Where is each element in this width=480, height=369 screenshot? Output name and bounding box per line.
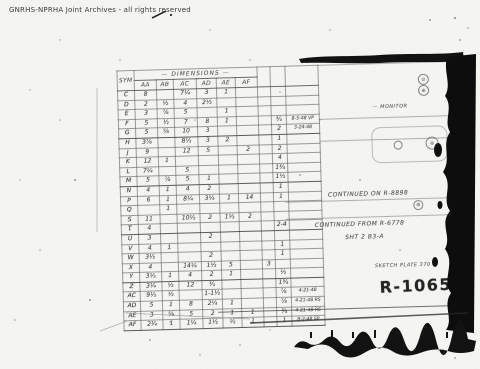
dimension-cell [199,165,219,175]
dimension-cell [159,166,176,176]
dimension-cell [260,173,273,183]
dimension-cell: 1 [273,192,288,202]
dimension-cell: 1¼ [180,319,203,329]
row-symbol-cell: T [121,225,138,235]
date-column-header [285,65,319,86]
row-symbol-cell: S [121,215,138,225]
dimension-cell: 1 [161,243,178,253]
dimension-cell: 1 [242,317,264,327]
row-symbol-cell: AF [124,321,141,331]
dimension-cell [263,278,276,288]
row-symbol-cell: D [118,100,135,110]
dimension-cell [261,221,274,231]
column-header: AE [216,78,235,89]
dimension-cell [263,288,276,298]
annotation-continued-from: CONTINUED FROM R-6778 [315,219,405,228]
rivet-circle-mark: ⊘ [418,74,429,85]
dimension-cell: 2½ [197,98,217,108]
dimension-cell [261,202,274,212]
dimension-cell: 2¼ [141,320,163,330]
dimension-cell: 1½ [201,261,221,271]
column-header: AC [173,79,196,90]
dimension-cell [274,230,289,240]
dimension-cell [275,259,290,269]
dimension-cell: 1 [275,249,290,259]
dimension-cell: 2 [201,251,221,261]
archive-watermark: GNRHS-NPRHA Joint Archives - all rights … [9,6,191,14]
row-symbol-cell: Z [123,282,140,292]
scan-sheet: SYM DIMENSIONS AAABACADAEAF C87¼31D2½42½… [81,47,474,346]
dimension-cell [200,222,220,232]
row-symbol-cell: H [119,138,136,148]
dimension-cell [274,201,289,211]
scanned-document-page: GNRHS-NPRHA Joint Archives - all rights … [0,0,480,369]
dimension-cell: 2¼ [202,299,222,309]
dimension-cell: 3 [198,127,218,137]
dimension-cell: 8 [197,117,217,127]
dimension-cell [198,155,218,165]
dimension-cell [259,144,272,154]
dimension-cell [158,137,175,147]
dimension-cell [221,251,240,261]
dimension-cell: 1 [159,195,176,205]
dimension-cell: 3 [198,136,218,146]
dimension-cell: 1 [222,270,241,280]
dimension-cell: ½ [162,281,179,291]
column-header: AD [196,78,216,89]
dimension-cell: 1½ [273,173,288,183]
dimension-cell: 2 [203,309,223,319]
dimension-cell [258,115,271,125]
dimension-cell: 4 [272,153,287,163]
dimension-cell [271,105,286,115]
dimension-cell: 1 [223,308,242,318]
monitor-label: MONITOR [380,103,408,110]
dimension-cell: 1 [158,156,175,166]
dimension-cell: 1¾ [276,278,291,288]
dimension-cell [220,231,239,241]
row-symbol-cell: V [122,244,139,254]
rivet-circle-mark: ⊕ [418,85,429,96]
row-symbol-cell: P [120,196,137,206]
row-symbol-cell: Y [123,273,140,283]
date-cell: 4-21-48 RS [291,296,324,307]
dimension-cell: 5 [221,260,240,270]
dimension-cell: 1 [217,107,236,117]
dimension-cell: 1 [160,204,177,214]
annotation-sheet-ref: SHT 2 B3-A [345,233,384,241]
dimension-cell: 2 [272,144,287,154]
pencil-line [317,61,467,66]
rivet-circle-mark: ⊕ [413,200,423,210]
dimension-cell [201,242,221,252]
dimension-cell: 3 [262,259,275,269]
row-symbol-cell: AE [124,311,141,321]
dimension-cell [259,154,272,164]
dimension-cell [262,250,275,260]
dimension-cell: 5 [198,146,218,156]
dimension-cell: 1 [159,185,176,195]
dimension-cell [257,87,270,97]
dimension-cell: 2-4 [274,220,289,230]
column-header: AA [134,80,156,91]
sym-header: SYM [117,70,135,90]
dimension-cell [160,214,177,224]
row-symbol-cell: J [119,148,136,158]
dimension-cell: 1½ [220,212,239,222]
dimension-cell: 2 [199,184,219,194]
dimension-cell: 1-1½ [202,290,222,300]
dimension-cell: 2 [200,232,220,242]
dimension-cell [200,203,220,213]
dimension-cell [260,192,273,202]
row-symbol-cell: Q [121,206,138,216]
dimension-cell [260,163,273,173]
row-symbol-cell: W [122,253,139,263]
dimension-cell [219,164,238,174]
dimension-cell [158,147,175,157]
dimension-cell: 1 [272,134,287,144]
dimension-cell [222,279,241,289]
dimension-cell [258,96,271,106]
annotation-continued-on: CONTINUED ON R-8898 [328,189,408,198]
dimension-cell [219,184,238,194]
dimension-cell: 3¼ [199,194,219,204]
dimension-cell: ⅞ [276,297,291,307]
row-symbol-cell: G [119,129,136,139]
annotation-monitor: — MONITOR [372,103,407,110]
dimension-cell [261,211,274,221]
dimension-cell [259,135,272,145]
dimension-cell: ⅝ [158,128,175,138]
dimension-cell [161,262,178,272]
row-symbol-cell: K [119,158,136,168]
dimension-cell [261,231,274,241]
pencil-line [319,115,465,120]
dimension-cell [263,269,276,279]
dimension-cell: 1¾ [273,163,288,173]
dimension-cell [156,89,173,99]
dimension-cell [262,240,275,250]
dimension-cell [218,155,237,165]
dimension-cell: ¾ [202,280,222,290]
row-symbol-cell: U [122,234,139,244]
dimension-cell [160,224,177,234]
dimension-cell: 2 [202,270,222,280]
column-header: AB [156,79,173,89]
dimension-cell [222,289,241,299]
dimension-cell [264,307,277,317]
row-symbol-cell: M [120,177,137,187]
drawing-number: R-10658 [379,274,465,297]
dimension-cell: 1 [199,174,219,184]
row-symbol-cell: E [118,110,135,120]
dimension-cell: 3 [196,88,216,98]
dimension-cell [161,233,178,243]
dimension-cell [270,86,285,96]
dimension-cell [161,252,178,262]
dimension-cell [219,174,238,184]
dimension-cell: ⅞ [157,109,174,119]
dimension-cell [259,125,272,135]
dimension-cell: ¾ [277,307,292,317]
dimension-cell: ⅞ [159,176,176,186]
pencil-dot [170,14,172,16]
dimension-cell: 1 [162,272,179,282]
dimension-cell [271,96,286,106]
narrow-column-header [257,67,271,87]
dimension-cell [220,203,239,213]
dimension-cell [264,317,277,327]
dimension-cell: 2 [200,213,220,223]
dimension-cell: 2 [218,136,237,146]
dims-table-body: C87¼31D2½42½E3⅞51F5½781¾8-5-48 VPG5⅝1032… [118,85,326,330]
dimension-cell [220,222,239,232]
dimension-cell: 1 [163,320,180,330]
dimension-cell: 1 [222,299,241,309]
dimension-cell: 1 [216,88,235,98]
dimension-cell: ½ [223,318,242,328]
dimension-cell [217,97,236,107]
row-symbol-cell: AC [123,292,140,302]
dimension-cell [260,183,273,193]
dimension-cell: 1 [275,240,290,250]
dimension-cell: 1½ [203,318,223,328]
row-symbol-cell: L [120,167,137,177]
row-symbol-cell: C [118,90,135,100]
dimension-cell: ½ [157,99,174,109]
dimension-cell: ⅞ [276,288,291,298]
row-symbol-cell: AD [123,301,140,311]
dimension-cell: 1 [273,182,288,192]
dimensions-table: SYM DIMENSIONS AAABACADAEAF C87¼31D2½42½… [116,65,325,331]
row-symbol-cell: N [120,186,137,196]
dimension-cell: 1 [219,193,238,203]
row-symbol-cell: F [118,119,135,129]
dimension-cell: ⅝ [163,310,180,320]
narrow-column-header [270,66,286,86]
row-symbol-cell: X [122,263,139,273]
date-cell: 4-21-48 RS [292,306,325,317]
dimension-cell: ¾ [271,115,286,125]
dimension-cell: ½ [276,268,291,278]
dimension-cell: ½ [157,118,174,128]
dimension-cell [221,241,240,251]
dimension-cell [197,107,217,117]
dimension-cell: 1 [277,316,292,326]
column-header: AF [235,77,257,88]
dimension-cell [263,298,276,308]
annotation-sketch-plate: SKETCH PLATE 370 [375,262,431,270]
dimension-cell [218,145,237,155]
date-cell: 8-2-48 SP [292,315,325,326]
dimension-cell [218,126,237,136]
dimension-cell: 1 [162,300,179,310]
dimension-cell [258,106,271,116]
dimension-cell: 2 [272,125,287,135]
dimension-cell: ½ [162,291,179,301]
dimension-cell: 1 [217,116,236,126]
